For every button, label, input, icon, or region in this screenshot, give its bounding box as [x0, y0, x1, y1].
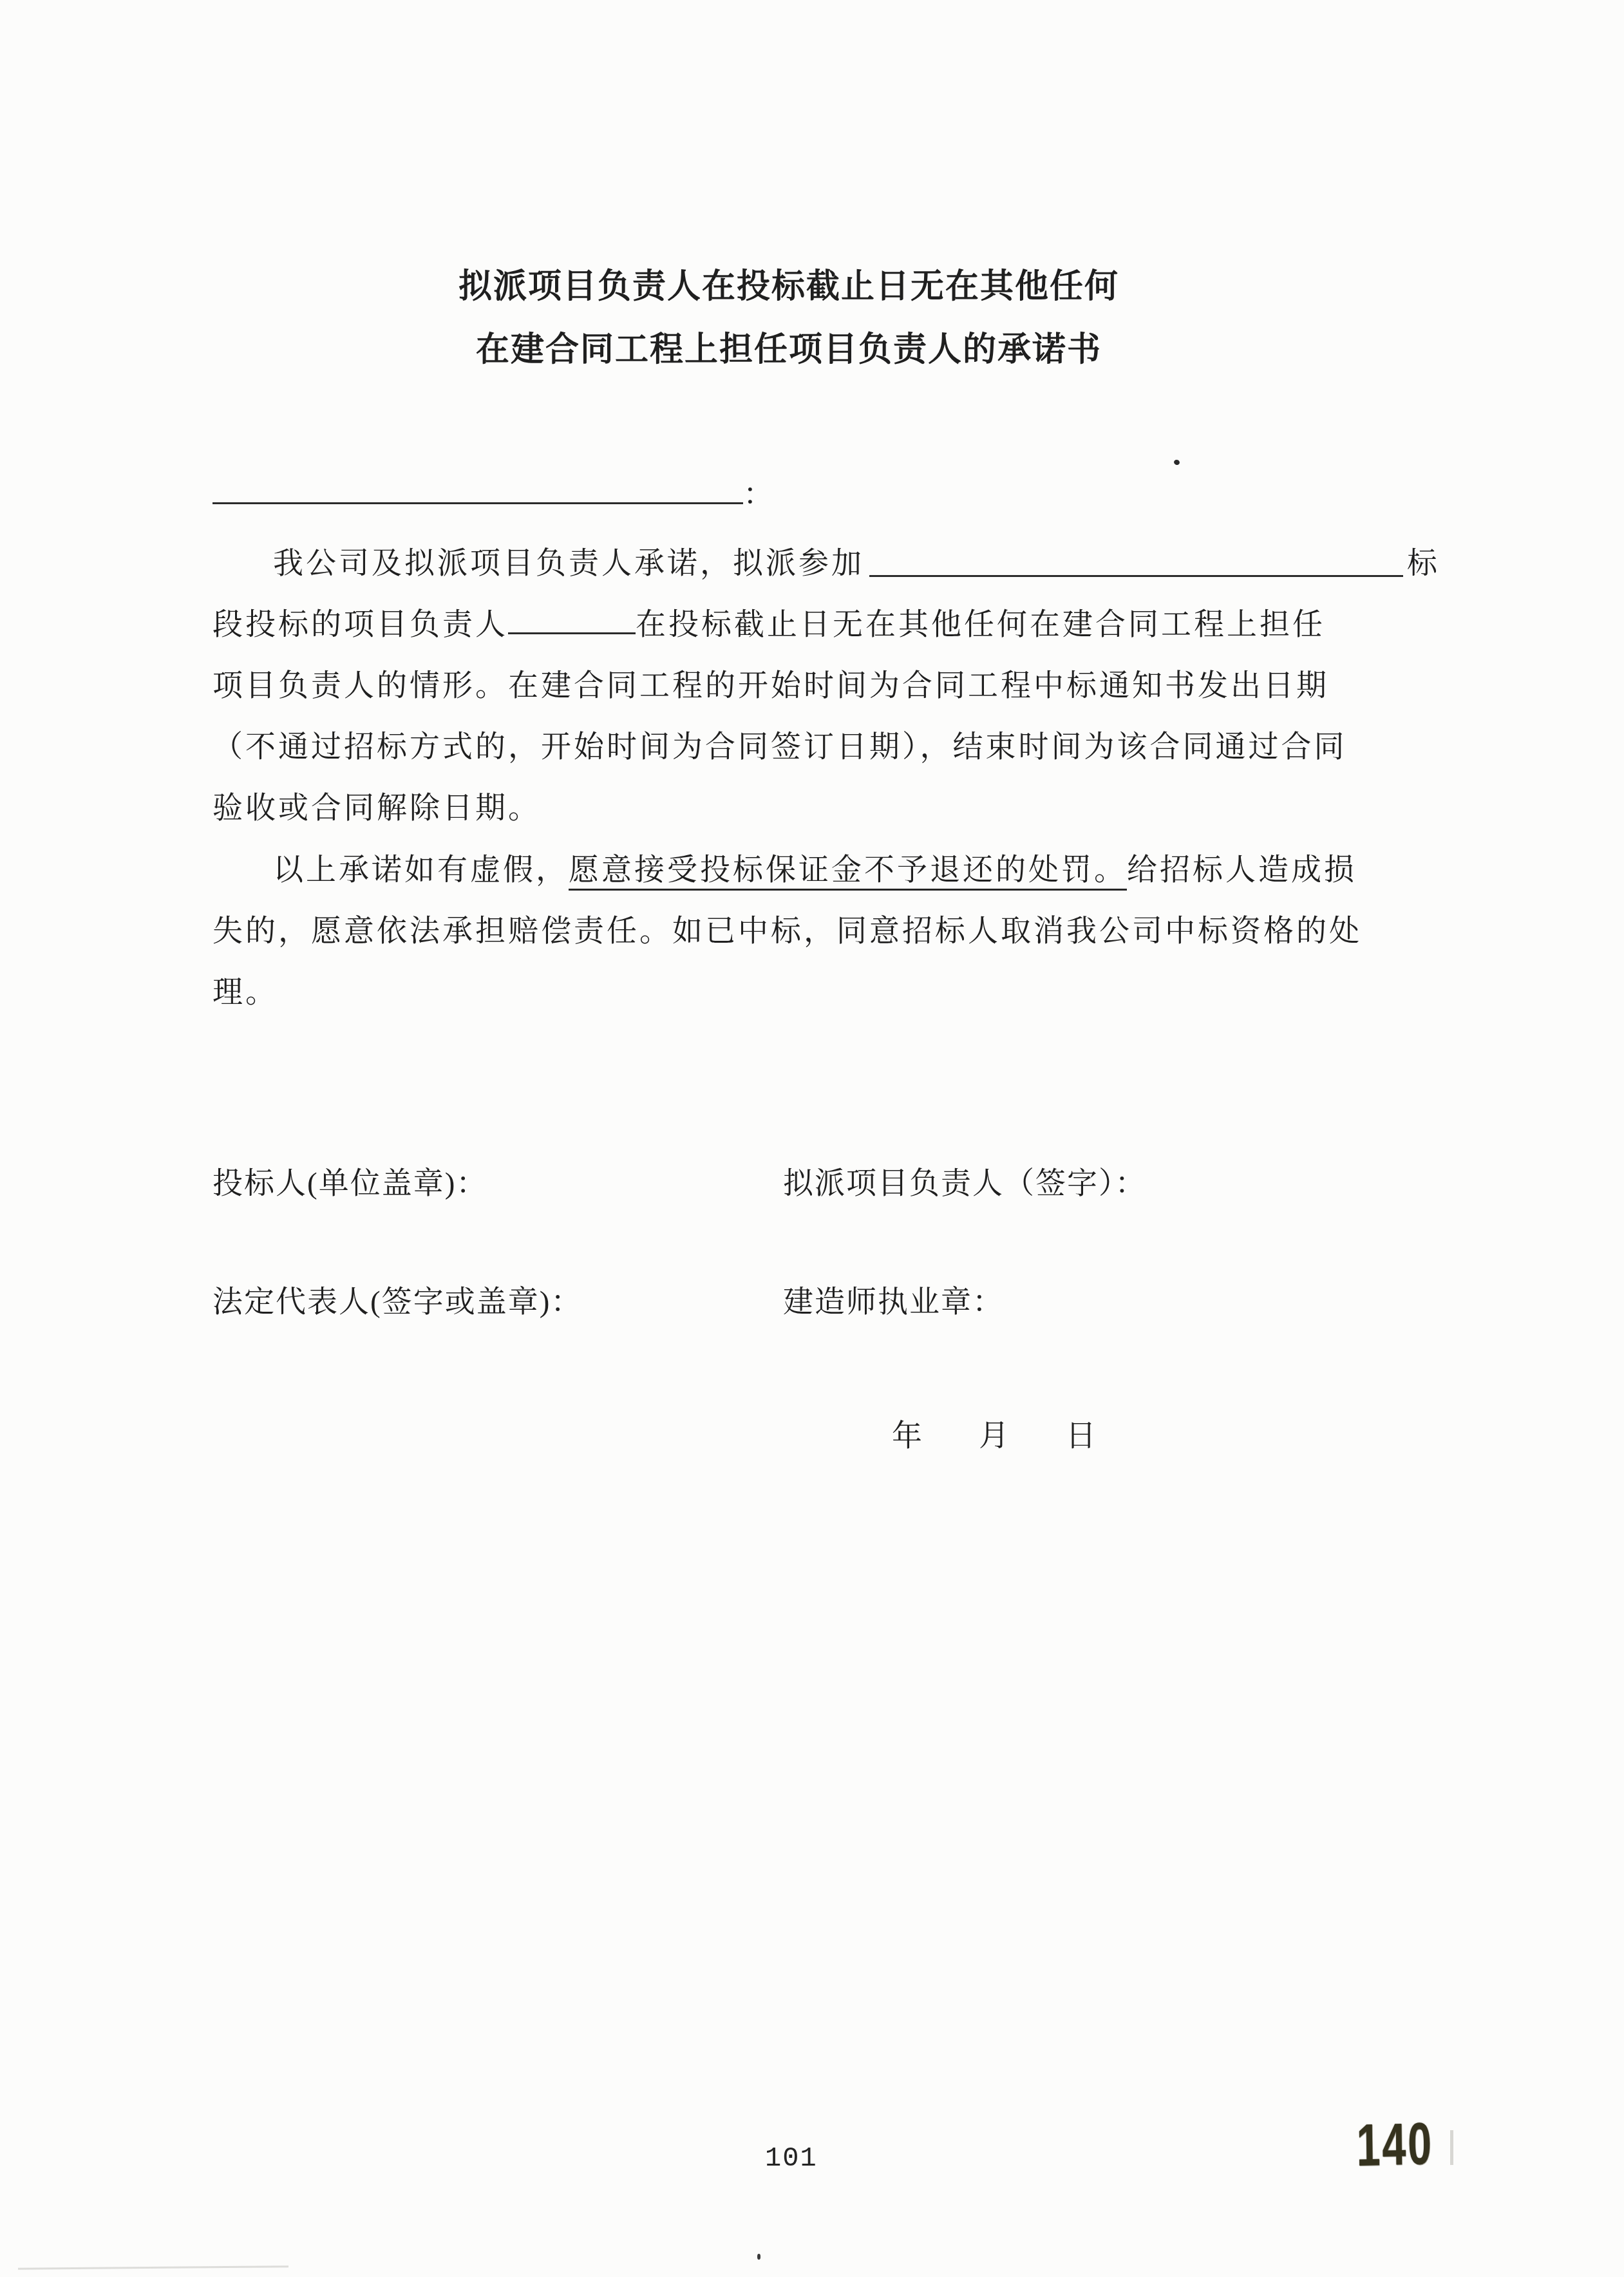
paragraph1-line2-text: 段投标的项目负责人 — [212, 608, 508, 641]
paragraph2-line1-text: 以上承诺如有虚假， — [273, 853, 569, 887]
salutation-colon: ： — [743, 478, 773, 511]
scan-artifact-dot — [1173, 459, 1180, 466]
legal-representative-label: 法定代表人(签字或盖章)： — [212, 1278, 582, 1321]
project-manager-signature-label: 拟派项目负责人（签字）： — [783, 1159, 1147, 1202]
paragraph1-line2: 段投标的项目负责人在投标截止日无在其他任何在建合同工程上担任 — [212, 606, 1379, 643]
paragraph1-line3: 项目负责人的情形。在建合同工程的开始时间为合同工程中标通知书发出日期 — [212, 667, 1379, 704]
paragraph2-line3: 理。 — [212, 974, 1379, 1011]
bid-section-blank-field — [869, 575, 1403, 577]
date-line: 年 月 日 — [892, 1412, 1096, 1455]
bidder-seal-label: 投标人(单位盖章)： — [212, 1159, 487, 1202]
stamped-folio-number: 140 — [1356, 2110, 1433, 2180]
paragraph1-line2-end: 在投标截止日无在其他任何在建合同工程上担任 — [636, 608, 1325, 641]
scan-artifact-stamp-tail — [1450, 2130, 1453, 2165]
scanned-document-page: 拟派项目负责人在投标截止日无在其他任何 在建合同工程上担任项目负责人的承诺书 ：… — [0, 0, 1624, 2277]
document-title-line-2: 在建合同工程上担任项目负责人的承诺书 — [0, 322, 1578, 370]
scan-artifact-dot-bottom — [757, 2254, 760, 2260]
penalty-underlined-clause: 愿意接受投标保证金不予退还的处罚。 — [569, 853, 1127, 891]
paragraph1-line4: （不通过招标方式的，开始时间为合同签订日期），结束时间为该合同通过合同 — [212, 728, 1379, 766]
paragraph1-line1: 我公司及拟派项目负责人承诺，拟派参加标 — [212, 545, 1440, 582]
document-title-line-1: 拟派项目负责人在投标截止日无在其他任何 — [0, 259, 1578, 307]
paragraph2-line2: 失的，愿意依法承担赔偿责任。如已中标，同意招标人取消我公司中标资格的处 — [212, 912, 1379, 950]
scan-artifact-smudge — [18, 2265, 288, 2270]
paragraph2-line1: 以上承诺如有虚假，愿意接受投标保证金不予退还的处罚。给招标人造成损 — [212, 851, 1440, 889]
constructor-seal-label: 建造师执业章： — [783, 1278, 1004, 1321]
project-manager-name-blank-field — [508, 607, 636, 634]
date-year-label: 年 — [892, 1412, 922, 1455]
paragraph2-line1-end: 给招标人造成损 — [1127, 853, 1357, 887]
page-number: 101 — [765, 2143, 818, 2174]
salutation-blank-field — [212, 474, 743, 504]
date-month-label: 月 — [979, 1412, 1009, 1455]
date-day-label: 日 — [1066, 1412, 1096, 1455]
paragraph1-line5: 验收或合同解除日期。 — [212, 789, 1379, 827]
paragraph1-line1-end: 标 — [1407, 545, 1440, 582]
paragraph1-line1-text: 我公司及拟派项目负责人承诺，拟派参加 — [273, 545, 864, 582]
salutation-line: ： — [212, 474, 773, 511]
